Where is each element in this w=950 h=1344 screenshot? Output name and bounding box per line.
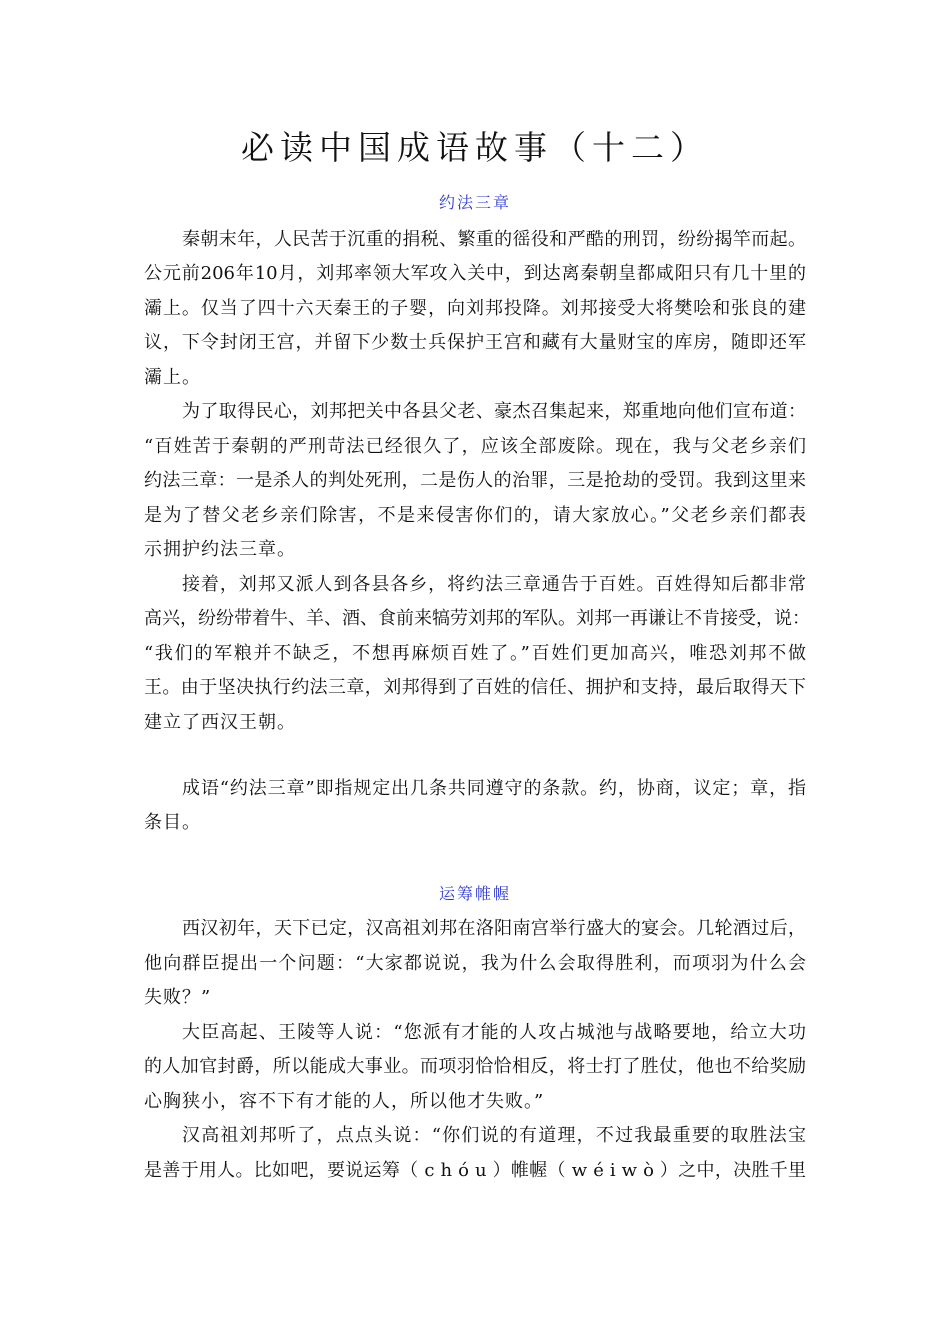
paragraph-line: 秦朝末年，人民苦于沉重的捐税、繁重的徭役和严酷的刑罚，纷纷揭竿而起。 <box>182 225 806 255</box>
paragraph-line: 约法三章：一是杀人的判处死刑，二是伤人的治罪，三是抢劫的受罚。我到这里来 <box>144 466 806 496</box>
paragraph-line: 汉高祖刘邦听了，点点头说：“你们说的有道理，不过我最重要的取胜法宝 <box>182 1121 806 1151</box>
paragraph-line: 示拥护约法三章。 <box>144 535 806 565</box>
paragraph-line: 王。由于坚决执行约法三章，刘邦得到了百姓的信任、拥护和支持，最后取得天下 <box>144 673 806 703</box>
paragraph-line: 他向群臣提出一个问题：“大家都说说，我为什么会取得胜利，而项羽为什么会 <box>144 949 806 979</box>
paragraph-line: 是善于用人。比如吧，要说运筹（ c h ó u ）帷幄（ w é i w ò ）… <box>144 1156 806 1186</box>
paragraph-line: 高兴，纷纷带着牛、羊、酒、食前来犒劳刘邦的军队。刘邦一再谦让不肯接受，说： <box>144 604 806 634</box>
paragraph-line: 大臣高起、王陵等人说：“您派有才能的人攻占城池与战略要地，给立大功 <box>182 1018 806 1048</box>
paragraph-line: 失败？” <box>144 983 806 1013</box>
paragraph-line: 西汉初年，天下已定，汉高祖刘邦在洛阳南宫举行盛大的宴会。几轮酒过后， <box>182 914 806 944</box>
paragraph-line: 的人加官封爵，所以能成大事业。而项羽恰恰相反，将士打了胜仗，他也不给奖励 <box>144 1052 806 1082</box>
paragraph-line: “百姓苦于秦朝的严刑苛法已经很久了，应该全部废除。现在，我与父老乡亲们 <box>144 432 806 462</box>
paragraph-line: 灞上。 <box>144 363 806 393</box>
paragraph-line: 公元前206年10月，刘邦率领大军攻入关中，到达离秦朝皇都咸阳只有几十里的 <box>144 259 806 289</box>
paragraph-line: 灞上。仅当了四十六天秦王的子婴，向刘邦投降。刘邦接受大将樊哙和张良的建 <box>144 294 806 324</box>
paragraph-line: 为了取得民心，刘邦把关中各县父老、豪杰召集起来，郑重地向他们宣布道： <box>182 397 806 427</box>
section-heading-1: 约法三章 <box>0 192 950 214</box>
paragraph-line: 成语“约法三章”即指规定出几条共同遵守的条款。约，协商，议定；章，指 <box>182 774 806 804</box>
section-heading-2: 运筹帷幄 <box>0 883 950 905</box>
paragraph-line: 议，下令封闭王宫，并留下少数士兵保护王宫和藏有大量财宝的库房，随即还军 <box>144 328 806 358</box>
paragraph-line: 接着，刘邦又派人到各县各乡，将约法三章通告于百姓。百姓得知后都非常 <box>182 570 806 600</box>
paragraph-line: 心胸狭小，容不下有才能的人，所以他才失败。” <box>144 1087 806 1117</box>
paragraph-line: 是为了替父老乡亲们除害，不是来侵害你们的，请大家放心。”父老乡亲们都表 <box>144 501 806 531</box>
page-title: 必读中国成语故事（十二） <box>0 126 950 170</box>
document-page: 必读中国成语故事（十二） 约法三章 秦朝末年，人民苦于沉重的捐税、繁重的徭役和严… <box>0 0 950 1344</box>
paragraph-line: 建立了西汉王朝。 <box>144 708 806 738</box>
paragraph-line: 条目。 <box>144 808 806 838</box>
paragraph-line: “我们的军粮并不缺乏，不想再麻烦百姓了。”百姓们更加高兴，唯恐刘邦不做 <box>144 639 806 669</box>
